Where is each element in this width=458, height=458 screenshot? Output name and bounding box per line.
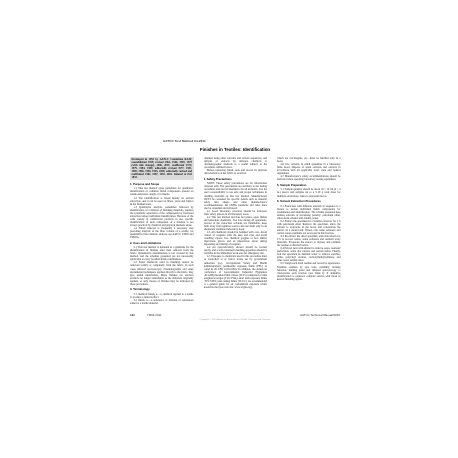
paragraph: 1.1 This test method gives guidelines fo… <box>130 187 194 196</box>
paragraph: 2.1 This test method is intended as a gu… <box>130 246 194 261</box>
copyright-line: Copyright © 2015 American Association of… <box>130 319 340 321</box>
section-heading: 5. Sample Preparation <box>277 184 341 187</box>
footer-manual-name: AATCC Technical Manual/2016 <box>300 313 340 317</box>
paragraph: 4.7 Manufacturer's safety recommendation… <box>277 175 341 181</box>
document-header-method-number: AATCC Test Method 94-2011 <box>163 139 206 143</box>
paragraph: NOTE: These safety precautions are for i… <box>204 182 268 209</box>
document-title: Finishes in Textiles: Identification <box>118 147 352 152</box>
page-footer: 122 TM94-2011 AATCC Technical Manual/201… <box>130 313 340 318</box>
section-heading: 4. Safety Precautions <box>204 178 268 181</box>
paragraph: 4.6 Use solvents in small quantities in … <box>277 163 341 175</box>
paragraph: 6.2 Extract the specimen in a Soxhlet ex… <box>277 220 341 235</box>
paragraph: 6.1 Extraction with different solvents i… <box>277 205 341 220</box>
text-columns: Developed in 1953 by AATCC Committee RA4… <box>130 157 341 316</box>
column-2: obtained using other solvents and solven… <box>204 157 268 316</box>
document-page: AATCC Test Method 94-2011 Finishes in Te… <box>0 0 458 458</box>
paragraph: 1.4 Finish removal is frequently a neces… <box>130 227 194 239</box>
paragraph: 1.3 Qualitative analysis, sometimes foll… <box>130 206 194 227</box>
section-heading: 6. Solvent Extraction Procedures <box>277 200 341 203</box>
paragraph: 4.5 Exposure to chemicals used in this p… <box>204 255 268 289</box>
column-1: Developed in 1953 by AATCC Committee RA4… <box>130 157 194 316</box>
paragraph: 4.3 All chemicals should be handled with… <box>204 231 268 246</box>
column-3: which are carcinogens, etc., must be han… <box>277 157 341 316</box>
paragraph: 4.4 An eyewash/safety shower should be l… <box>204 246 268 255</box>
paragraph: 6.4 Extract next with ethanol to remove … <box>277 247 341 262</box>
paragraph: 3.2 finish, n.—a substance or mixture of… <box>130 299 194 305</box>
paragraph: Before removing finish, note and record … <box>204 169 268 175</box>
footer-doc-id: TM94-2011 <box>147 313 162 317</box>
section-heading: 1. Purpose and Scope <box>130 183 194 186</box>
paragraph: 4.2 This test method involves hot plates… <box>204 216 268 231</box>
paragraph: obtained using other solvents and solven… <box>204 157 268 169</box>
section-heading: 3. Terminology <box>130 288 194 291</box>
paragraph: 2.2 Some chemicals used in finishing can… <box>130 261 194 285</box>
paragraph: 1.2 The identification is based mainly o… <box>130 197 194 206</box>
paragraph: 6.3 Re-extract the dried specimen with c… <box>277 235 341 247</box>
footer-page-number: 122 <box>130 313 135 317</box>
paragraph: 5.1 Sample quantity should be about 10 ×… <box>277 188 341 197</box>
paragraph: 6.5 Weigh each dried residue and record … <box>277 262 341 280</box>
history-note: Developed in 1953 by AATCC Committee RA4… <box>130 157 194 180</box>
section-heading: 2. Uses and Limitations <box>130 242 194 245</box>
